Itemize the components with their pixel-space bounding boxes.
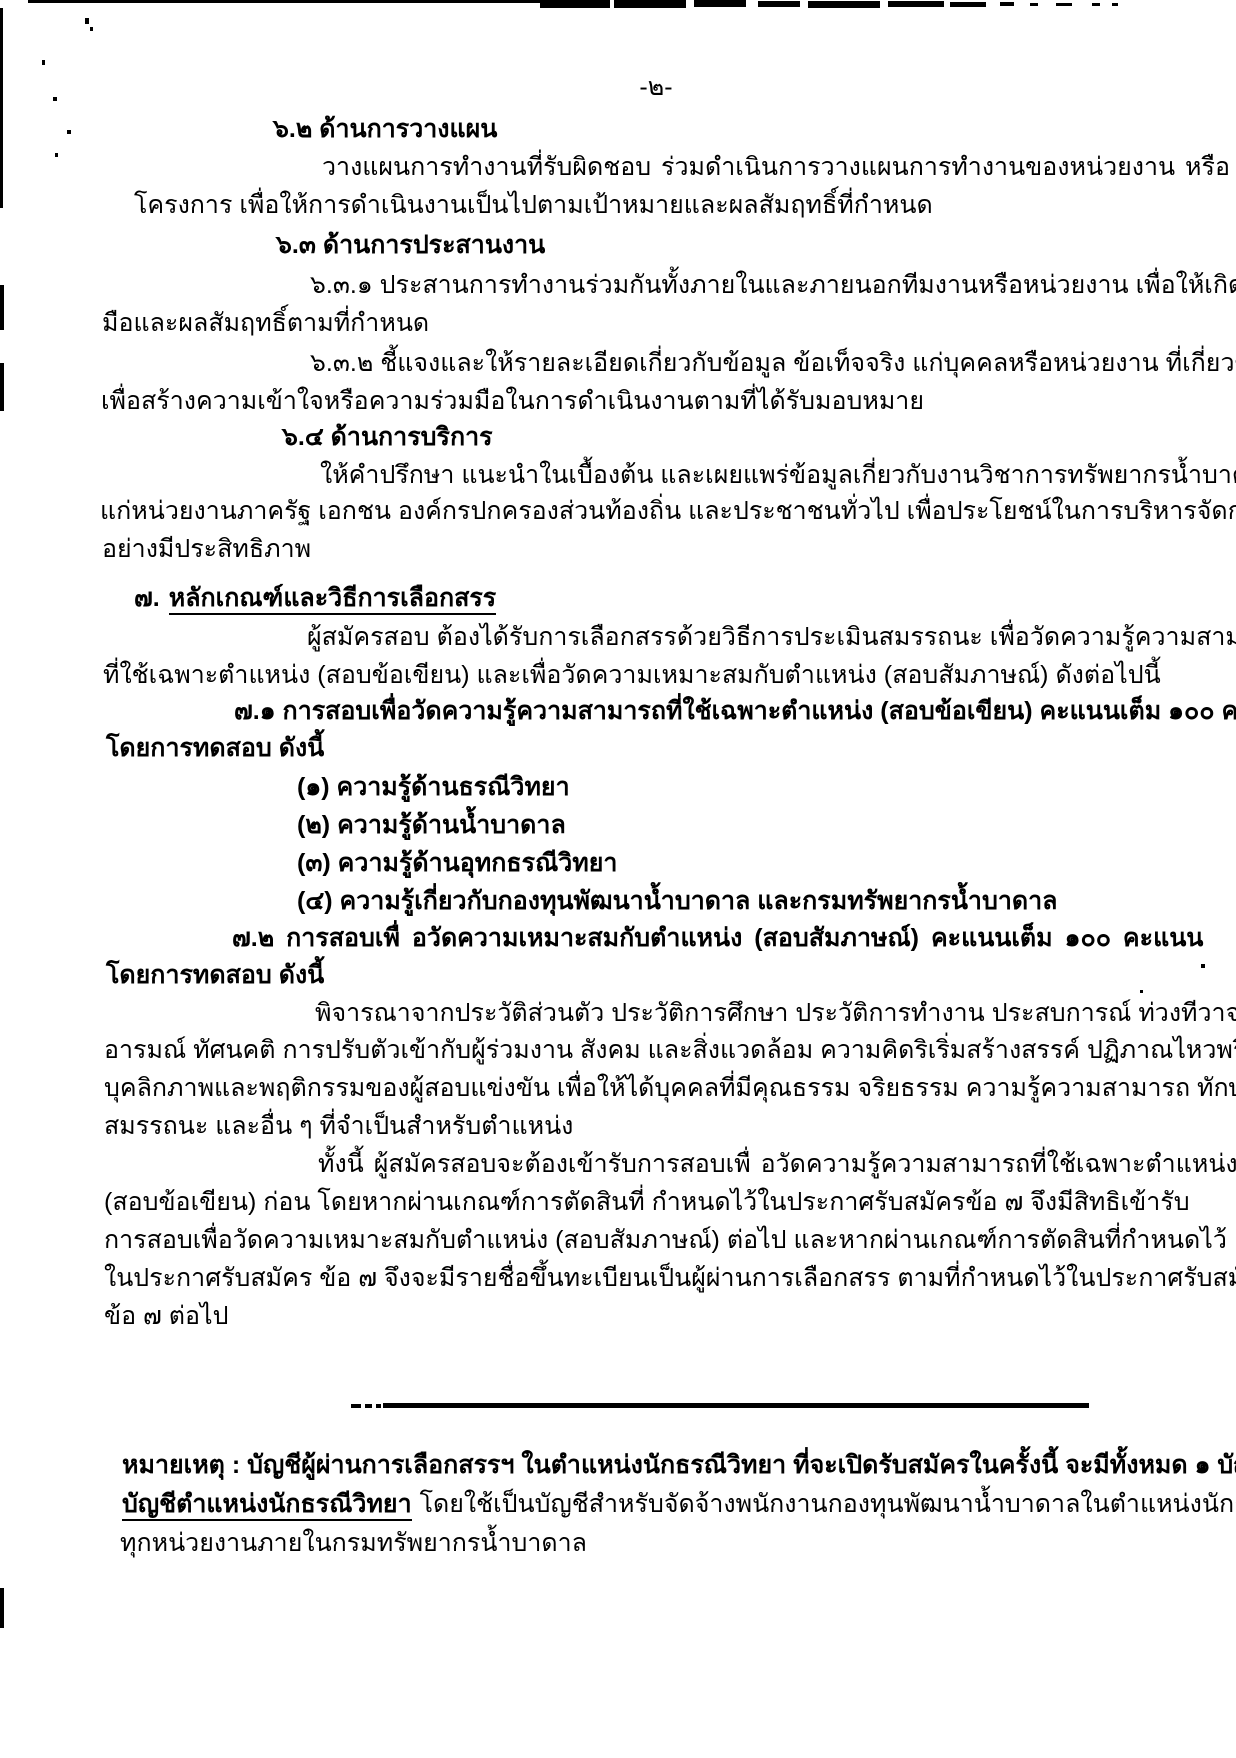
text-line: ให้คำปรึกษา แนะนำในเบื้องต้น และเผยแพร่ข…	[320, 458, 1236, 492]
note-line: หมายเหตุ : บัญชีผู้ผ่านการเลือกสรรฯ ในตำ…	[122, 1448, 1236, 1482]
text-line: อย่างมีประสิทธิภาพ	[102, 532, 311, 566]
text-line: บุคลิกภาพและพฤติกรรมของผู้สอบแข่งขัน เพื…	[104, 1071, 1236, 1105]
scan-artifact	[1112, 3, 1118, 6]
text-line: สมรรถนะ และอื่น ๆ ที่จำเป็นสำหรับตำแหน่ง	[104, 1109, 573, 1143]
scan-artifact	[540, 0, 610, 8]
scan-artifact	[0, 285, 4, 330]
list-item: (๑) ความรู้ด้านธรณีวิทยา	[297, 770, 570, 804]
section-7-title: หลักเกณฑ์และวิธีการเลือกสรร	[169, 584, 496, 615]
text-line: ที่ใช้เฉพาะตำแหน่ง (สอบข้อเขียน) และเพื่…	[103, 658, 1161, 692]
scan-artifact	[614, 0, 686, 8]
scan-artifact	[1092, 3, 1100, 6]
scan-speckle	[1140, 990, 1143, 993]
scan-artifact	[888, 1, 944, 7]
note-line-rest: โดยใช้เป็นบัญชีสำหรับจัดจ้างพนักงานกองทุ…	[420, 1490, 1236, 1518]
section-7-heading: ๗.หลักเกณฑ์และวิธีการเลือกสรร	[134, 581, 496, 615]
scan-artifact	[758, 1, 800, 7]
text-line: ๖.๓.๑ ประสานการทำงานร่วมกันทั้งภายในและภ…	[310, 268, 1236, 302]
text-line: (สอบข้อเขียน) ก่อน โดยหากผ่านเกณฑ์การตัด…	[104, 1185, 1190, 1219]
scan-speckle	[42, 60, 45, 65]
scan-artifact	[1030, 3, 1038, 6]
text-line: โดยการทดสอบ ดังนี้	[106, 731, 324, 765]
text-line: อารมณ์ ทัศนคติ การปรับตัวเข้ากับผู้ร่วมง…	[104, 1033, 1236, 1067]
page-number: -๒-	[0, 70, 1236, 104]
scan-artifact	[28, 0, 610, 3]
section-6-2-heading: ๖.๒ ด้านการวางแผน	[273, 112, 497, 146]
scan-speckle	[1201, 964, 1205, 968]
section-7-number: ๗.	[134, 584, 160, 612]
separator-segment	[365, 1404, 372, 1408]
scan-speckle	[85, 18, 89, 24]
text-line: แก่หน่วยงานภาครัฐ เอกชน องค์กรปกครองส่วน…	[100, 494, 1236, 528]
scan-artifact	[0, 363, 4, 411]
list-item: (๒) ความรู้ด้านน้ำบาดาล	[297, 808, 566, 842]
separator-segment	[376, 1404, 381, 1408]
document-page: -๒- ๖.๒ ด้านการวางแผน วางแผนการทำงานที่ร…	[0, 0, 1236, 1758]
text-line: โดยการทดสอบ ดังนี้	[106, 958, 324, 992]
scan-speckle	[67, 130, 71, 134]
section-6-3-heading: ๖.๓ ด้านการประสานงาน	[276, 228, 545, 262]
scan-artifact	[1056, 3, 1072, 6]
scan-artifact	[0, 1588, 4, 1628]
text-line: เพื่อสร้างความเข้าใจหรือความร่วมมือในการ…	[101, 384, 924, 418]
scan-speckle	[90, 27, 93, 31]
scan-artifact	[694, 0, 746, 7]
text-line: ผู้สมัครสอบ ต้องได้รับการเลือกสรรด้วยวิธ…	[307, 620, 1236, 654]
text-line: ในประกาศรับสมัคร ข้อ ๗ จึงจะมีรายชื่อขึ้…	[104, 1261, 1236, 1295]
list-item: (๔) ความรู้เกี่ยวกับกองทุนพัฒนาน้ำบาดาล …	[297, 884, 1057, 918]
scan-artifact	[1000, 2, 1014, 6]
text-line: โครงการ เพื่อให้การดำเนินงานเป็นไปตามเป้…	[134, 188, 933, 222]
text-line: ทั้งนี้ ผู้สมัครสอบจะต้องเข้ารับการสอบเพ…	[318, 1147, 1236, 1181]
text-line: มือและผลสัมฤทธิ์ตามที่กำหนด	[102, 306, 429, 340]
scan-speckle	[55, 153, 58, 157]
list-item: (๓) ความรู้ด้านอุทกธรณีวิทยา	[297, 846, 617, 880]
section-6-4-heading: ๖.๔ ด้านการบริการ	[282, 420, 493, 454]
text-line: ข้อ ๗ ต่อไป	[104, 1299, 229, 1333]
text-line: ๖.๓.๒ ชี้แจงและให้รายละเอียดเกี่ยวกับข้อ…	[310, 346, 1236, 380]
separator-segment	[351, 1404, 361, 1408]
section-7-1-line: ๗.๑ การสอบเพื่อวัดความรู้ความสามารถที่ใช…	[234, 694, 1236, 728]
text-line: วางแผนการทำงานที่รับผิดชอบ ร่วมดำเนินการ…	[322, 150, 1230, 184]
text-line: พิจารณาจากประวัติส่วนตัว ประวัติการศึกษา…	[315, 996, 1236, 1030]
section-7-2-line: ๗.๒ การสอบเพื่ อวัดความเหมาะสมกับตำแหน่ง…	[232, 921, 1203, 955]
scan-artifact	[0, 8, 3, 208]
note-line: บัญชีตำแหน่งนักธรณีวิทยาโดยใช้เป็นบัญชีส…	[122, 1487, 1236, 1521]
scan-artifact	[808, 1, 880, 8]
text-line: การสอบเพื่อวัดความเหมาะสมกับตำแหน่ง (สอบ…	[104, 1223, 1227, 1257]
separator-segment	[383, 1403, 1089, 1408]
note-line: ทุกหน่วยงานภายในกรมทรัพยากรน้ำบาดาล	[120, 1526, 587, 1560]
scan-artifact	[950, 2, 986, 7]
note-underlined-term: บัญชีตำแหน่งนักธรณีวิทยา	[122, 1490, 412, 1521]
